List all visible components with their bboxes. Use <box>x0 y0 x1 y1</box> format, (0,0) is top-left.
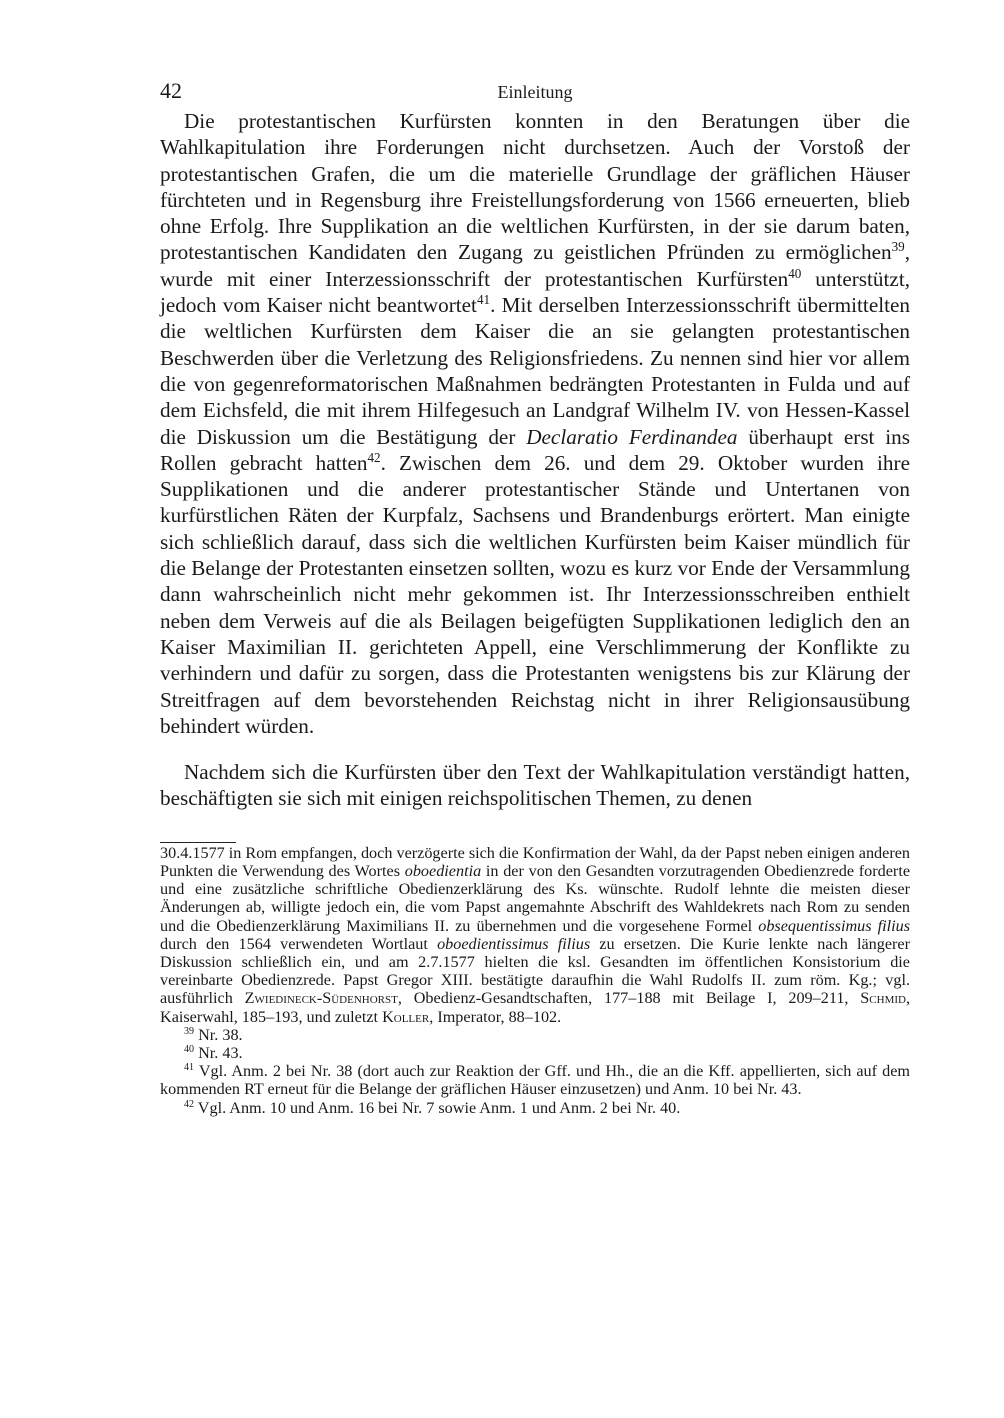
footnote-39: 39 Nr. 38. <box>160 1026 910 1044</box>
running-head: 42 Einleitung <box>160 78 910 108</box>
footnote-text: Vgl. Anm. 10 und Anm. 16 bei Nr. 7 sowie… <box>198 1099 680 1117</box>
footnotes: 30.4.1577 in Rom empfangen, doch verzöge… <box>160 844 910 1117</box>
footnote-text: Nr. 38. <box>198 1026 243 1044</box>
body-paragraph: Nachdem sich die Kurfürsten über den Tex… <box>160 759 910 812</box>
footnote-number: 42 <box>184 1098 194 1109</box>
author-name: Schmid <box>860 989 906 1007</box>
italic-term: oboedientia <box>405 862 481 880</box>
italic-term: Declaratio Ferdinandea <box>526 425 737 449</box>
footnote-number: 39 <box>184 1026 194 1037</box>
footnote-text: Vgl. Anm. 2 bei Nr. 38 (dort auch zur Re… <box>160 1062 910 1098</box>
footnote-42: 42 Vgl. Anm. 10 und Anm. 16 bei Nr. 7 so… <box>160 1099 910 1117</box>
footnote-41: 41 Vgl. Anm. 2 bei Nr. 38 (dort auch zur… <box>160 1062 910 1098</box>
footnote-separator <box>160 842 236 843</box>
footnote-40: 40 Nr. 43. <box>160 1044 910 1062</box>
author-name: Zwiedineck-Südenhorst <box>245 989 398 1007</box>
body-paragraph: Die protestantischen Kurfürsten konnten … <box>160 108 910 739</box>
footnote-number: 41 <box>184 1062 194 1073</box>
italic-term: oboedientissimus filius <box>437 935 590 953</box>
document-page: 42 Einleitung Die protestantischen Kurfü… <box>160 78 910 1117</box>
footnote-ref: 41 <box>477 292 490 307</box>
footnote-text: Nr. 43. <box>198 1044 243 1062</box>
footnote-continuation: 30.4.1577 in Rom empfangen, doch verzöge… <box>160 844 910 1026</box>
body-text: Die protestantischen Kurfürsten konnten … <box>160 108 910 812</box>
footnote-ref: 40 <box>788 266 801 281</box>
footnote-number: 40 <box>184 1044 194 1055</box>
running-title: Einleitung <box>160 82 910 103</box>
author-name: Koller <box>382 1008 429 1026</box>
footnote-ref: 42 <box>367 450 380 465</box>
italic-term: obsequentissimus filius <box>758 917 910 935</box>
footnote-ref: 39 <box>892 239 905 254</box>
